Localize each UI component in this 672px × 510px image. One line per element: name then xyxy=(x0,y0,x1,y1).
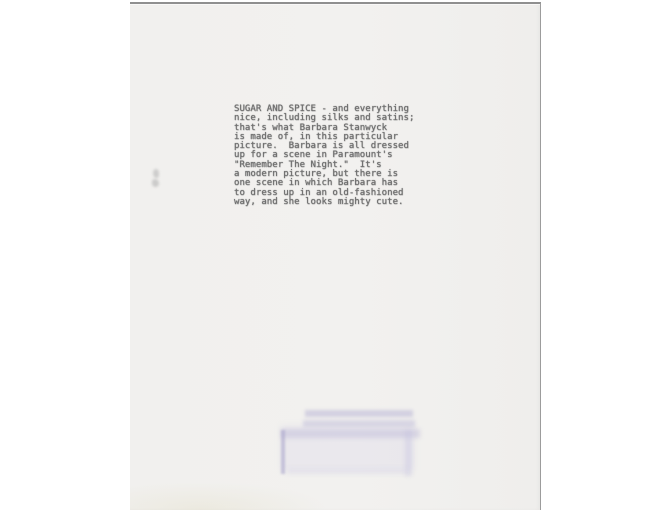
smudge-dot xyxy=(152,179,159,187)
photo-caption-sheet: SUGAR AND SPICE - and everything nice, i… xyxy=(130,2,541,510)
typewritten-caption: SUGAR AND SPICE - and everything nice, i… xyxy=(234,105,414,207)
stamp-smudge xyxy=(303,420,415,427)
scanned-document-background: SUGAR AND SPICE - and everything nice, i… xyxy=(0,0,672,510)
stamp-smudge xyxy=(305,410,413,417)
faint-illegible-stamp xyxy=(281,408,420,474)
stamp-smudge xyxy=(281,429,420,438)
stamp-smudge xyxy=(287,468,407,474)
caption-line: way, and she looks mighty cute. xyxy=(234,198,414,207)
pencil-smudge-mark xyxy=(151,168,161,190)
stamp-smudge xyxy=(281,430,285,474)
smudge-dot xyxy=(153,169,159,178)
